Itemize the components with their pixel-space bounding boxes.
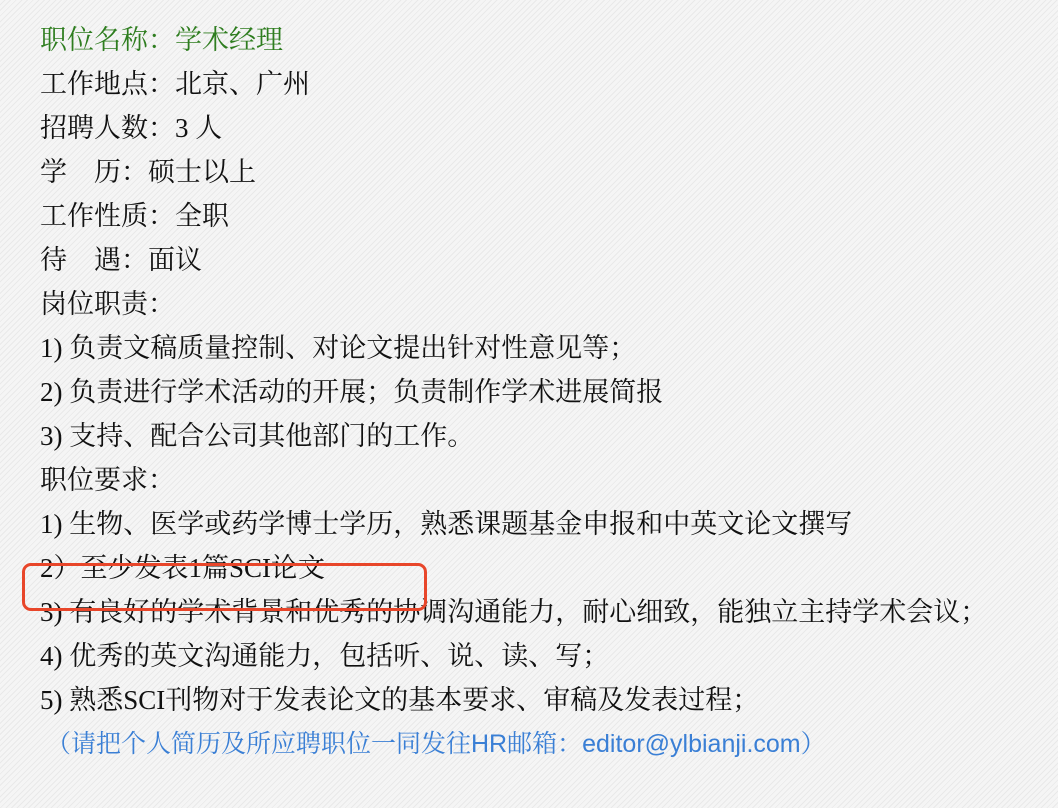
requirement-item: 4) 优秀的英文沟通能力，包括听、说、读、写； [40,634,987,678]
requirements-heading: 职位要求： [40,458,987,502]
job-salary: 待 遇：面议 [40,238,987,282]
job-type: 工作性质：全职 [40,194,987,238]
job-title: 职位名称：学术经理 [40,18,987,62]
highlight-box [22,563,427,611]
duty-item: 1) 负责文稿质量控制、对论文提出针对性意见等； [40,326,987,370]
contact-note: （请把个人简历及所应聘职位一同发往HR邮箱：editor@ylbianji.co… [46,722,987,766]
job-posting: 职位名称：学术经理 工作地点：北京、广州 招聘人数：3 人 学 历：硕士以上 工… [40,18,987,766]
duty-item: 3) 支持、配合公司其他部门的工作。 [40,414,987,458]
requirement-item: 1) 生物、医学或药学博士学历，熟悉课题基金申报和中英文论文撰写 [40,502,987,546]
job-location: 工作地点：北京、广州 [40,62,987,106]
duties-heading: 岗位职责： [40,282,987,326]
duty-item: 2) 负责进行学术活动的开展；负责制作学术进展简报 [40,370,987,414]
job-education: 学 历：硕士以上 [40,150,987,194]
job-headcount: 招聘人数：3 人 [40,106,987,150]
requirement-item: 5) 熟悉SCI刊物对于发表论文的基本要求、审稿及发表过程； [40,678,987,722]
